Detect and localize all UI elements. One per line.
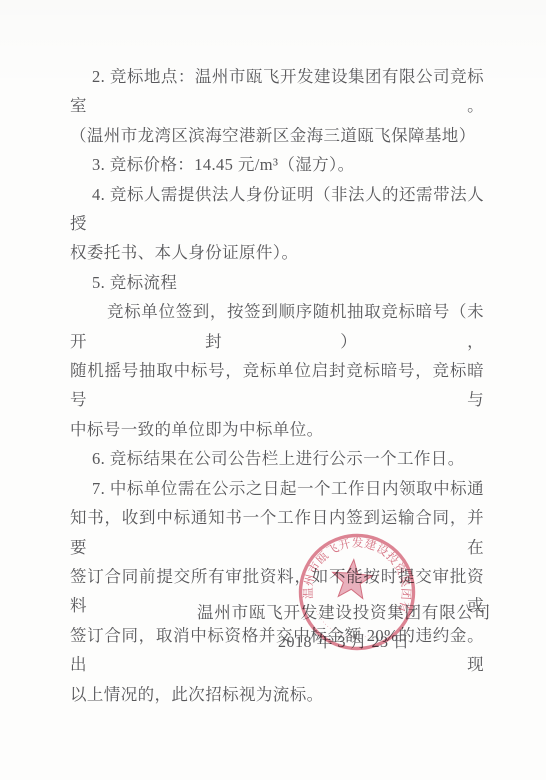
text-line: 中标号一致的单位即为中标单位。 <box>70 415 484 444</box>
signature-date: 2018 年 3 月 23 日 <box>278 629 410 652</box>
signature-company: 温州市瓯飞开发建设投资集团有限公司 <box>197 599 491 623</box>
text-line: 7. 中标单位需在公示之日起一个工作日内领取中标通 <box>70 474 484 503</box>
text-line: 竞标单位签到，按签到顺序随机抽取竞标暗号（未开封）， <box>70 297 484 356</box>
text-line: 3. 竞标价格：14.45 元/m³（湿方）。 <box>70 150 484 179</box>
scanned-document-page: 2. 竞标地点：温州市瓯飞开发建设集团有限公司竞标室。（温州市龙湾区滨海空港新区… <box>0 0 546 780</box>
text-line: 6. 竞标结果在公司公告栏上进行公示一个工作日。 <box>70 444 484 473</box>
text-line: 5. 竞标流程 <box>70 268 484 297</box>
text-line: 签订合同，取消中标资格并交中标金额 20%的违约金。出现 <box>70 621 484 680</box>
text-line: 随机摇号抽取中标号，竞标单位启封竞标暗号，竞标暗号与 <box>70 356 484 415</box>
text-line: （温州市龙湾区滨海空港新区金海三道瓯飞保障基地） <box>70 121 484 150</box>
text-line: 知书，收到中标通知书一个工作日内签到运输合同，并要在 <box>70 503 484 562</box>
text-line: 4. 竞标人需提供法人身份证明（非法人的还需带法人授 <box>70 180 484 239</box>
text-line: 2. 竞标地点：温州市瓯飞开发建设集团有限公司竞标室。 <box>70 62 484 121</box>
text-line: 权委托书、本人身份证原件）。 <box>70 238 484 267</box>
text-line: 以上情况的，此次招标视为流标。 <box>70 680 484 709</box>
